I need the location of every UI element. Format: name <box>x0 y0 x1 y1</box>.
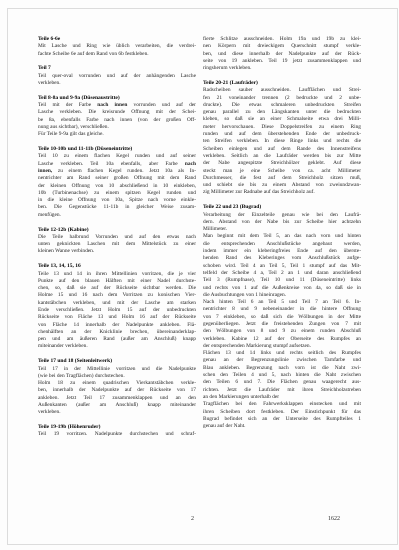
text-line: ankleben. Jetzt Teil 17 zusammenklappen … <box>38 395 196 402</box>
text-line: Scheiben einlegen und auf dem Rande des … <box>203 146 361 153</box>
instruction-section: Teile 20-21 (Laufräder)Radscheiben saube… <box>203 80 361 197</box>
section-heading: Teile 10-10b und 11-11b (Düseneintritte) <box>38 146 196 153</box>
text-line: Lasche verkleben. Teil 10a ebenfalls, ab… <box>38 161 196 168</box>
text-line: Verarbeitung der Einzelteile genau wie b… <box>203 212 361 219</box>
text-line: nen Körpern mit dreieckigem Querschnitt … <box>203 43 361 50</box>
text-line: Teile 13 und 14 in ihren Mittellinien vo… <box>38 271 196 278</box>
text-line: den Teilen 6 und 7. Die Flächen genau wa… <box>203 379 361 386</box>
text-line: Radscheiben sauber ausschneiden. Laufflä… <box>203 87 361 94</box>
instruction-section: Teile 6-6eMit Lasche und Ring wie üblich… <box>38 36 196 58</box>
text-line: seite von 19 ankleben. Teil 19 jetzt zus… <box>203 58 361 65</box>
text-line: kleben, so daß sie an einer Schmalseite … <box>203 116 361 123</box>
text-line: von Fläche 14 innerhalb der Nadelpunkte … <box>38 322 196 329</box>
text-line: Teil 10 zu einem flachen Kegel runden un… <box>38 153 196 160</box>
section-heading: Teile 13, 14, 15, 16 <box>38 263 196 270</box>
document-number: 1622 <box>328 516 358 523</box>
text-line: indem immer ein kleberingfreies Ende auf… <box>203 248 361 255</box>
text-line: nentrichter am Rand seiner großen Öffnun… <box>38 175 196 182</box>
instruction-section: Teile 19-19b (Höhenruder)Teil 19 vorritz… <box>38 424 196 439</box>
text-line: gegenüberliegen. Jetzt die freistehenden… <box>203 321 361 328</box>
text-line: Ende verschließen. Jetzt Holm 15 auf der… <box>38 307 196 314</box>
text-line: den Wölbungen von 8 und 9 zu einem runde… <box>203 328 361 335</box>
text-line: Durchmesser, die fest auf dem Streichhol… <box>203 175 361 182</box>
text-line: richten. Jetzt die Laufräder mit ihren S… <box>203 387 361 394</box>
text-line: ben, und diese innerhalb der Nadelpunkte… <box>203 51 361 58</box>
text-line: Tragflächen bei den Fahrwerksklappen ein… <box>203 401 361 408</box>
section-heading: Teil 7 <box>38 65 196 72</box>
text-line: Bugrad befindet sich an der Unterseite d… <box>203 416 361 423</box>
text-line: Außenkanten (außer am Anschluß) knapp mi… <box>38 402 196 409</box>
instruction-section: Teile 13, 14, 15, 16Teile 13 und 14 in i… <box>38 263 196 351</box>
section-heading: Teile 20-21 (Laufräder) <box>203 80 361 87</box>
text-line: der entsprechenden Markierung stumpf auf… <box>203 343 361 350</box>
text-line: verkleben. Kabine 12 auf der Oberseite d… <box>203 336 361 343</box>
text-line: Punkte auf den blauen Hälften mit einer … <box>38 278 196 285</box>
section-heading: Teile 17 und 18 (Seitenleitwerk) <box>38 358 196 365</box>
instruction-section: Teile 17 und 18 (Seitenleitwerk)Teil 17 … <box>38 358 196 416</box>
text-line: fierte Schlitze ausschneiden. Holm 19a u… <box>203 36 361 43</box>
text-line: Nach hinten Teil 6 an Teil 5 und Teil 7 … <box>203 299 361 306</box>
text-line: Für Teile 9-9a gilt das gleiche. <box>38 131 196 138</box>
text-line: verkleben. <box>38 80 196 87</box>
instruction-section: Teile 12-12b (Kabine)Die Teile halbrund … <box>38 227 196 256</box>
instruction-section: Teile 22 und 23 (Bugrad)Verarbeitung der… <box>203 204 361 430</box>
text-line: meter hervorschauen. Diese Doppelstreife… <box>203 124 361 131</box>
text-line: die entsprechenden Anschlußstücke angeba… <box>203 241 361 248</box>
text-line: dern. Abstand von der Nabe bis zur Schei… <box>203 219 361 226</box>
instruction-section: Teil 7Teil quer-oval vorrunden und auf d… <box>38 65 196 87</box>
text-line: runden und auf dem überstehenden Ende de… <box>203 131 361 138</box>
text-line: (wie bei den Tragflächen) durchstechen. <box>38 373 196 380</box>
section-heading: Teil 8-8a und 9-9a (Düsenaustritte) <box>38 95 196 102</box>
text-line: nung aus sichtbar), verschließen. <box>38 124 196 131</box>
text-line: ringsherum verkleben. <box>203 65 361 72</box>
text-line: druckte). Die etwas schmaleren unbedruck… <box>203 102 361 109</box>
text-line: Lasche verkleben. Die kreisrunde Öffnung… <box>38 109 196 116</box>
text-line: 10b (Turbinenachse) zu einem spitzen Keg… <box>38 190 196 197</box>
text-line: Holme 15 und 16 nach dem Vorritzen zu ko… <box>38 292 196 299</box>
text-line: chen, so, daß sie auf der Rückseite sich… <box>38 285 196 292</box>
text-line: Teil 17 in der Mittellinie vorritzen und… <box>38 366 196 373</box>
text-line: Teil quer-oval vorrunden und auf der anh… <box>38 73 196 80</box>
text-line: Teil 19 vorritzen. Nadelpunkte durchstec… <box>38 431 196 438</box>
text-line: Millimeter. <box>203 226 361 233</box>
text-line: der kleinen Öffnung von 10 abschließend … <box>38 183 196 190</box>
text-line: unten geknickten Laschen mit dem Mittels… <box>38 241 196 248</box>
text-line: Holm 18 zu einem quadrischen Vierkantstä… <box>38 380 196 387</box>
text-line: schoben wird. Teil 4 an Teil 5, Teil 1 s… <box>203 263 361 270</box>
instruction-section: fierte Schlitze ausschneiden. Holm 19a u… <box>203 36 361 72</box>
text-columns: Teile 6-6eMit Lasche und Ring wie üblich… <box>38 36 361 439</box>
text-line: Flächen 13 und 14 links und rechts seitl… <box>203 350 361 357</box>
text-line: chenhälften an der Knicklinie brechen, ü… <box>38 329 196 336</box>
text-line: telfeld der Scheibe 4 a, Teil 2 an 1 und… <box>203 270 361 277</box>
text-line: der Nabe angespitzte Streichhölzer gekle… <box>203 160 361 167</box>
text-line: Blau ankleben. Begrenzung nach vorn ist … <box>203 365 361 372</box>
text-line: genau parallel zu den Längskanten unter … <box>203 109 361 116</box>
text-line: genau an der Begrenzungslinie zwischen T… <box>203 357 361 364</box>
text-line: Teil 3 (Rumpfnase), Teil 10 und 11 (Düse… <box>203 277 361 284</box>
text-line: Teil mit der Farbe nach innen vorrunden … <box>38 102 196 109</box>
text-line: zig Millimeter zur Radnabe auf das Strei… <box>203 189 361 196</box>
text-line: ihren Scheiben dort festkleben. Der Eins… <box>203 409 361 416</box>
text-line: in die kleine Öffnung von 10a, Spitze na… <box>38 197 196 204</box>
text-line: und schiebt sie bis zu einem Abstand von… <box>203 182 361 189</box>
text-line: an den Markierungen unterhalb der <box>203 394 361 401</box>
instruction-section: Teil 8-8a und 9-9a (Düsenaustritte)Teil … <box>38 95 196 139</box>
text-line: Man beginnt mit dem Teil 5, an das nach … <box>203 233 361 240</box>
text-line: ben, innerhalb der Nadelpunkte auf der R… <box>38 387 196 394</box>
text-line: nentrichter 8 und 9 nebeneinander in die… <box>203 306 361 313</box>
document-page: Teile 6-6eMit Lasche und Ring wie üblich… <box>0 0 399 550</box>
text-line: fachte Scheibe 6e auf dem Rand von 6b fe… <box>38 51 196 58</box>
text-line: ten Streifen verkleben. In diese Ringe l… <box>203 138 361 145</box>
text-line: Die Teile halbrund Vorrunden und auf den… <box>38 234 196 241</box>
text-line: kleinen Wanne verbinden. <box>38 248 196 255</box>
text-line: innen, zu einem flachen Kegel runden. Je… <box>38 168 196 175</box>
text-line: pen und am äußeren Rand (außer am Anschl… <box>38 336 196 343</box>
text-line: fen 21 voneinander trennen (2 bedruckte … <box>203 95 361 102</box>
text-line: kantstäbchen verkleben, und mit der Lasc… <box>38 300 196 307</box>
text-line: menfügen. <box>38 212 196 219</box>
text-column-right: fierte Schlitze ausschneiden. Holm 19a u… <box>203 36 361 439</box>
section-heading: Teile 6-6e <box>38 36 196 43</box>
text-line: die Ausbuchtungen von 1 hineinragen. <box>203 292 361 299</box>
text-line: miteinander verkleben. <box>38 343 196 350</box>
text-line: von 7 einkleben, so daß sich die Wölbung… <box>203 314 361 321</box>
text-line: verkleben. Seitlich an die Laufräder wer… <box>203 153 361 160</box>
text-line: verkleben. <box>38 409 196 416</box>
section-heading: Teile 12-12b (Kabine) <box>38 227 196 234</box>
instruction-section: Teile 10-10b und 11-11b (Düseneintritte)… <box>38 146 196 219</box>
text-line: be 8a, ebenfalls Farbe nach innen (von d… <box>38 117 196 124</box>
text-line: und rechts von 1 auf die Außenkreise von… <box>203 285 361 292</box>
section-heading: Teile 19-19b (Höhenruder) <box>38 424 196 431</box>
text-line: henden Rand des Kleberinges vom Anschluß… <box>203 255 361 262</box>
text-line: Mit Lasche und Ring wie üblich verarbeit… <box>38 43 196 50</box>
text-line: Rückseite von Fläche 13 und Holm 16 auf … <box>38 314 196 321</box>
text-line: steckt man je eine Scheibe von ca. acht … <box>203 168 361 175</box>
text-line: schen den Teilen 4 und 5, nach hinten di… <box>203 372 361 379</box>
text-line: genau auf der Naht. <box>203 423 361 430</box>
text-column-left: Teile 6-6eMit Lasche und Ring wie üblich… <box>38 36 196 439</box>
section-heading: Teile 22 und 23 (Bugrad) <box>203 204 361 211</box>
text-line: ben. Die Gegenstücke 11-11b in gleicher … <box>38 204 196 211</box>
